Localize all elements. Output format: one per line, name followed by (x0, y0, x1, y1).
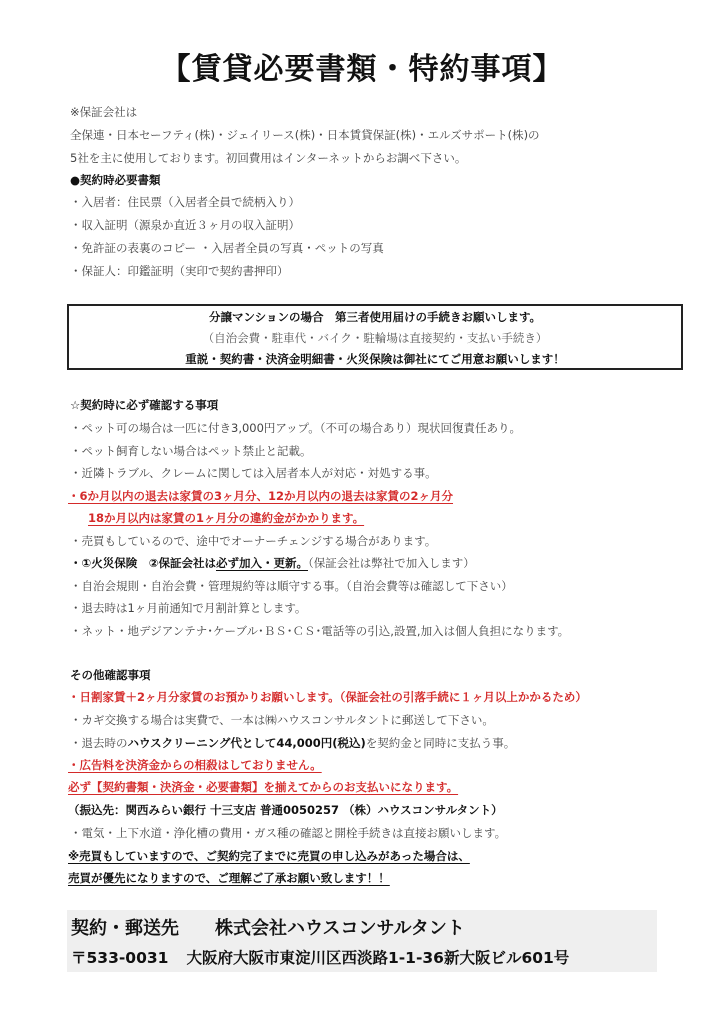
confirm-item: ・ペット可の場合は一匹に付き3,000円アップ。（不可の場合あり）現状回復責任あ… (70, 420, 521, 436)
guarantor-note: 5社を主に使用しております。初回費用はインターネットからお調べ下さい。 (70, 150, 466, 166)
notice-line-3: 重説・契約書・決済金明細書・火災保険は御社にてご用意お願いします！ (69, 351, 681, 367)
other-item: ・カギ交換する場合は実費で、一本は㈱ハウスコンサルタントに郵送して下さい。 (70, 712, 494, 728)
cleaning-item: ・退去時のハウスクリーニング代として44,000円(税込)を契約金と同時に支払う… (70, 735, 515, 751)
contact-label: 契約・郵送先 (71, 918, 179, 939)
required-doc-item: ・保証人：印鑑証明（実印で契約書押印） (70, 263, 289, 279)
deposit-notice: ・日割家賃＋2ヶ月分家賃のお預かりお願いします。（保証会社の引落手続に１ヶ月以上… (68, 689, 587, 705)
required-doc-item: ・収入証明（源泉か直近３ヶ月の収入証明） (70, 217, 300, 233)
sale-notice-2: 売買が優先になりますので、ご理解ご了承お願い致します！！ (68, 870, 390, 886)
sale-notice-1: ※売買もしていますので、ご契約完了までに売買の申し込みがあった場合は、 (68, 848, 470, 864)
confirm-item: ・売買もしているので、途中でオーナーチェンジする場合があります。 (70, 533, 436, 549)
cleaning-prefix: ・退去時の (70, 736, 128, 750)
notice-line-2: （自治会費・駐車代・バイク・駐輪場は直接契約・支払い手続き） (69, 330, 681, 346)
required-docs-heading: ●契約時必要書類 (70, 172, 161, 188)
confirm-item: ・近隣トラブル、クレームに関しては入居者本人が対応・対処する事。 (70, 465, 437, 481)
guarantor-companies: 全保連・日本セーフティ(株)・ジェイリース(株)・日本賃貸保証(株)・エルズサポ… (70, 127, 540, 143)
postal-code: 〒533-0031 (71, 949, 168, 967)
other-item: ・電気・上下水道・浄化槽の費用・ガス種の確認と開栓手続きは直接お願いします。 (70, 825, 506, 841)
required-doc-item: ・免許証の表裏のコピー ・入居者全員の写真・ペットの写真 (70, 240, 384, 256)
confirm-item: ・ペット飼育しない場合はペット禁止と記載。 (70, 443, 312, 459)
page-title: 【賃貸必要書類・特約事項】 (0, 44, 724, 88)
ad-fee-notice: ・広告料を決済金からの相殺はしておりません。 (68, 757, 322, 773)
address: 大阪府大阪市東淀川区西淡路1-1-36新大阪ビル601号 (186, 949, 569, 967)
contact-footer: 契約・郵送先株式会社ハウスコンサルタント 〒533-0031大阪府大阪市東淀川区… (67, 910, 657, 972)
notice-box: 分譲マンションの場合 第三者使用届けの手続きお願いします。 （自治会費・駐車代・… (67, 304, 683, 370)
insurance-item: ・①火災保険 ②保証会社は必ず加入・更新。（保証会社は弊社で加入します） (70, 555, 475, 571)
confirm-item: ・自治会規則・自治会費・管理規約等は順守する事。（自治会費等は確認して下さい） (70, 578, 513, 594)
insurance-note: （保証会社は弊社で加入します） (308, 556, 475, 570)
penalty-line-1: ・6か月以内の退去は家賃の3ヶ月分、12か月以内の退去は家賃の2ヶ月分 (68, 488, 453, 504)
confirm-item: ・ネット・地デジアンテナ･ケーブル･ＢＳ･ＣＳ･電話等の引込,設置,加入は個人負… (70, 623, 569, 639)
confirm-heading: ☆契約時に必ず確認する事項 (70, 397, 218, 413)
insurance-prefix: ・ (70, 556, 82, 570)
insurance-required: 必ず加入・更新。 (216, 556, 308, 570)
other-heading: その他確認事項 (70, 667, 151, 683)
required-doc-item: ・入居者：住民票（入居者全員で続柄入り） (70, 194, 300, 210)
bank-info: （振込先：関西みらい銀行 十三支店 普通0050257 （株）ハウスコンサルタン… (68, 802, 503, 818)
contact-line: 契約・郵送先株式会社ハウスコンサルタント (71, 914, 465, 940)
guarantor-heading: ※保証会社は (70, 104, 137, 120)
address-line: 〒533-0031大阪府大阪市東淀川区西淡路1-1-36新大阪ビル601号 (71, 946, 569, 968)
payment-notice: 必ず【契約書類・決済金・必要書類】を揃えてからのお支払いになります。 (68, 779, 458, 795)
insurance-bold: ①火災保険 ②保証会社は (82, 556, 216, 570)
notice-line-1: 分譲マンションの場合 第三者使用届けの手続きお願いします。 (69, 309, 681, 325)
cleaning-rest: を契約金と同時に支払う事。 (366, 736, 516, 750)
confirm-item: ・退去時は1ヶ月前通知で月割計算とします。 (70, 600, 306, 616)
company-name: 株式会社ハウスコンサルタント (215, 918, 465, 939)
penalty-line-2: 18か月以内は家賃の1ヶ月分の違約金がかかります。 (88, 510, 364, 526)
cleaning-fee: ハウスクリーニング代として44,000円(税込) (128, 736, 366, 750)
